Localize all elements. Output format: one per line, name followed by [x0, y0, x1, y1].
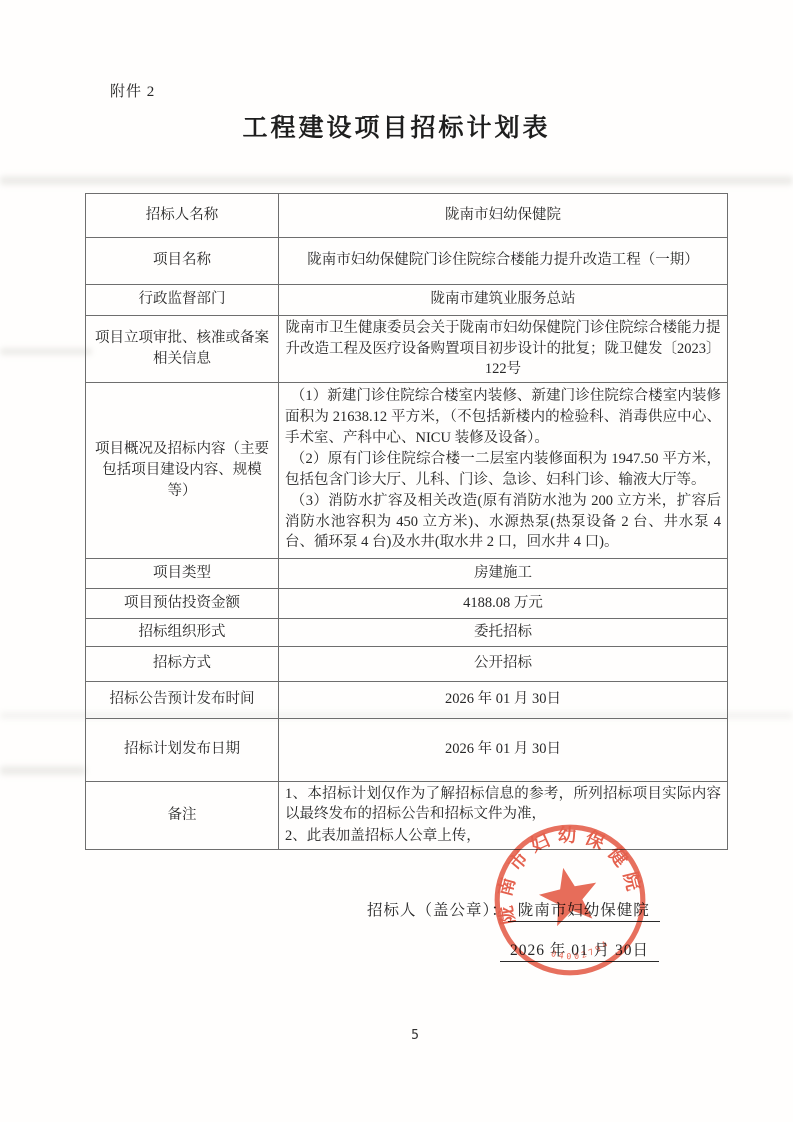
table-row: 招标人名称 陇南市妇幼保健院	[86, 194, 728, 238]
row-label: 项目概况及招标内容（主要包括项目建设内容、规模等）	[86, 382, 279, 558]
row-value: 2026 年 01 月 30日	[279, 681, 728, 718]
row-label: 招标计划发布日期	[86, 718, 279, 781]
table-row: 招标组织形式 委托招标	[86, 618, 728, 646]
attachment-label: 附件 2	[110, 80, 155, 101]
official-red-seal: 陇南市妇幼保健院 04002794	[475, 805, 665, 995]
document-title: 工程建设项目招标计划表	[0, 108, 793, 144]
table-row: 招标计划发布日期 2026 年 01 月 30日	[86, 718, 728, 781]
scan-artifact	[0, 766, 86, 775]
row-value: 委托招标	[279, 618, 728, 646]
row-label: 项目名称	[86, 238, 279, 285]
row-label: 招标组织形式	[86, 618, 279, 646]
row-value: 陇南市建筑业服务总站	[279, 285, 728, 316]
scope-paragraph-1: （1）新建门诊住院综合楼室内装修、新建门诊住院综合楼室内装修面积为 21638.…	[285, 386, 721, 448]
scan-artifact	[0, 348, 92, 355]
remark-line-1: 1、本招标计划仅作为了解招标信息的参考，所列招标项目实际内容以最终发布的招标公告…	[285, 784, 721, 825]
signature-label: 招标人（盖公章）：	[367, 902, 508, 919]
row-value: 4188.08 万元	[279, 588, 728, 618]
scope-paragraph-2: （2）原有门诊住院综合楼一二层室内装修面积为 1947.50 平方米，包括包含门…	[285, 449, 721, 490]
table-row: 项目名称 陇南市妇幼保健院门诊住院综合楼能力提升改造工程（一期）	[86, 238, 728, 285]
table-row: 项目类型 房建施工	[86, 558, 728, 588]
row-value: 陇南市妇幼保健院	[279, 194, 728, 238]
bidding-plan-table: 招标人名称 陇南市妇幼保健院 项目名称 陇南市妇幼保健院门诊住院综合楼能力提升改…	[85, 193, 728, 850]
table-row: 项目立项审批、核准或备案相关信息 陇南市卫生健康委员会关于陇南市妇幼保健院门诊住…	[86, 316, 728, 383]
row-value: 陇南市妇幼保健院门诊住院综合楼能力提升改造工程（一期）	[279, 238, 728, 285]
row-label: 项目立项审批、核准或备案相关信息	[86, 316, 279, 383]
row-value: （1）新建门诊住院综合楼室内装修、新建门诊住院综合楼室内装修面积为 21638.…	[279, 382, 728, 558]
row-value: 2026 年 01 月 30日	[279, 718, 728, 781]
row-label: 行政监督部门	[86, 285, 279, 316]
row-label: 备注	[86, 781, 279, 850]
row-label: 招标公告预计发布时间	[86, 681, 279, 718]
page-number: 5	[0, 1028, 793, 1043]
table-row: 行政监督部门 陇南市建筑业服务总站	[86, 285, 728, 316]
row-label: 项目预估投资金额	[86, 588, 279, 618]
table-row: 项目预估投资金额 4188.08 万元	[86, 588, 728, 618]
scope-paragraph-3: （3）消防水扩容及相关改造(原有消防水池为 200 立方米，扩容后消防水池容积为…	[285, 491, 721, 553]
row-value: 公开招标	[279, 646, 728, 681]
scan-artifact	[0, 176, 793, 185]
scanned-document-page: 附件 2 工程建设项目招标计划表 招标人名称 陇南市妇幼保健院 项目名称 陇南市…	[0, 0, 793, 1122]
table-row: 项目概况及招标内容（主要包括项目建设内容、规模等） （1）新建门诊住院综合楼室内…	[86, 382, 728, 558]
seal-star-icon	[535, 862, 604, 929]
row-label: 招标方式	[86, 646, 279, 681]
row-value: 房建施工	[279, 558, 728, 588]
table-row: 招标方式 公开招标	[86, 646, 728, 681]
row-label: 项目类型	[86, 558, 279, 588]
table-row: 招标公告预计发布时间 2026 年 01 月 30日	[86, 681, 728, 718]
row-value: 陇南市卫生健康委员会关于陇南市妇幼保健院门诊住院综合楼能力提升改造工程及医疗设备…	[279, 316, 728, 383]
row-label: 招标人名称	[86, 194, 279, 238]
